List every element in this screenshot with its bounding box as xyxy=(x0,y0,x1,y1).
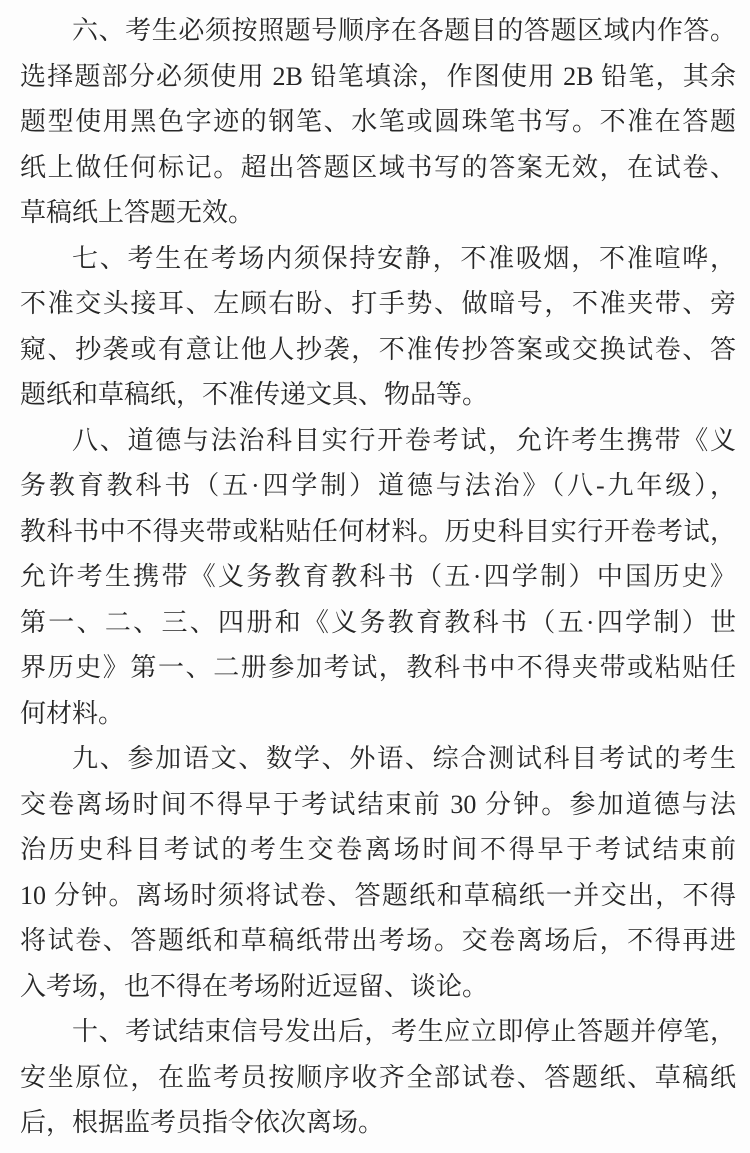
text-line: 窥、抄袭或有意让他人抄袭，不准传抄答案或交换试卷、答 xyxy=(20,327,736,373)
text-line: 10 分钟。离场时须将试卷、答题纸和草稿纸一并交出，不得 xyxy=(20,873,736,919)
text-line: 入考场，也不得在考场附近逗留、谈论。 xyxy=(20,964,736,1010)
text-line: 草稿纸上答题无效。 xyxy=(20,190,736,236)
text-line: 六、考生必须按照题号顺序在各题目的答题区域内作答。 xyxy=(20,8,736,54)
text-line: 七、考生在考场内须保持安静，不准吸烟，不准喧哗， xyxy=(20,236,736,282)
text-line: 九、参加语文、数学、外语、综合测试科目考试的考生 xyxy=(20,736,736,782)
text-line: 安坐原位，在监考员按顺序收齐全部试卷、答题纸、草稿纸 xyxy=(20,1055,736,1101)
rule-paragraph: 六、考生必须按照题号顺序在各题目的答题区域内作答。选择题部分必须使用 2B 铅笔… xyxy=(20,8,736,236)
rule-paragraph: 七、考生在考场内须保持安静，不准吸烟，不准喧哗，不准交头接耳、左顾右盼、打手势、… xyxy=(20,236,736,418)
text-line: 教科书中不得夹带或粘贴任何材料。历史科目实行开卷考试， xyxy=(20,509,736,555)
text-line: 后，根据监考员指令依次离场。 xyxy=(20,1100,736,1146)
text-line: 将试卷、答题纸和草稿纸带出考场。交卷离场后，不得再进 xyxy=(20,918,736,964)
text-line: 八、道德与法治科目实行开卷考试，允许考生携带《义 xyxy=(20,418,736,464)
text-line: 不准交头接耳、左顾右盼、打手势、做暗号，不准夹带、旁 xyxy=(20,281,736,327)
text-line: 题型使用黑色字迹的钢笔、水笔或圆珠笔书写。不准在答题 xyxy=(20,99,736,145)
text-line: 何材料。 xyxy=(20,691,736,737)
document-page: 六、考生必须按照题号顺序在各题目的答题区域内作答。选择题部分必须使用 2B 铅笔… xyxy=(0,0,750,1153)
document-text: 六、考生必须按照题号顺序在各题目的答题区域内作答。选择题部分必须使用 2B 铅笔… xyxy=(20,8,736,1146)
text-line: 务教育教科书（五·四学制）道德与法治》（八-九年级）， xyxy=(20,463,736,509)
text-line: 允许考生携带《义务教育教科书（五·四学制）中国历史》 xyxy=(20,554,736,600)
text-line: 治历史科目考试的考生交卷离场时间不得早于考试结束前 xyxy=(20,827,736,873)
rule-paragraph: 八、道德与法治科目实行开卷考试，允许考生携带《义务教育教科书（五·四学制）道德与… xyxy=(20,418,736,737)
rule-paragraph: 十、考试结束信号发出后，考生应立即停止答题并停笔，安坐原位，在监考员按顺序收齐全… xyxy=(20,1009,736,1146)
scanned-document: { "page": { "background_color": "#fdfdfd… xyxy=(0,0,750,1153)
text-line: 题纸和草稿纸，不准传递文具、物品等。 xyxy=(20,372,736,418)
text-line: 交卷离场时间不得早于考试结束前 30 分钟。参加道德与法 xyxy=(20,782,736,828)
text-line: 界历史》第一、二册参加考试，教科书中不得夹带或粘贴任 xyxy=(20,645,736,691)
text-line: 第一、二、三、四册和《义务教育教科书（五·四学制）世 xyxy=(20,600,736,646)
text-line: 纸上做任何标记。超出答题区域书写的答案无效，在试卷、 xyxy=(20,145,736,191)
rule-paragraph: 九、参加语文、数学、外语、综合测试科目考试的考生交卷离场时间不得早于考试结束前 … xyxy=(20,736,736,1009)
text-line: 选择题部分必须使用 2B 铅笔填涂，作图使用 2B 铅笔，其余 xyxy=(20,54,736,100)
text-line: 十、考试结束信号发出后，考生应立即停止答题并停笔， xyxy=(20,1009,736,1055)
